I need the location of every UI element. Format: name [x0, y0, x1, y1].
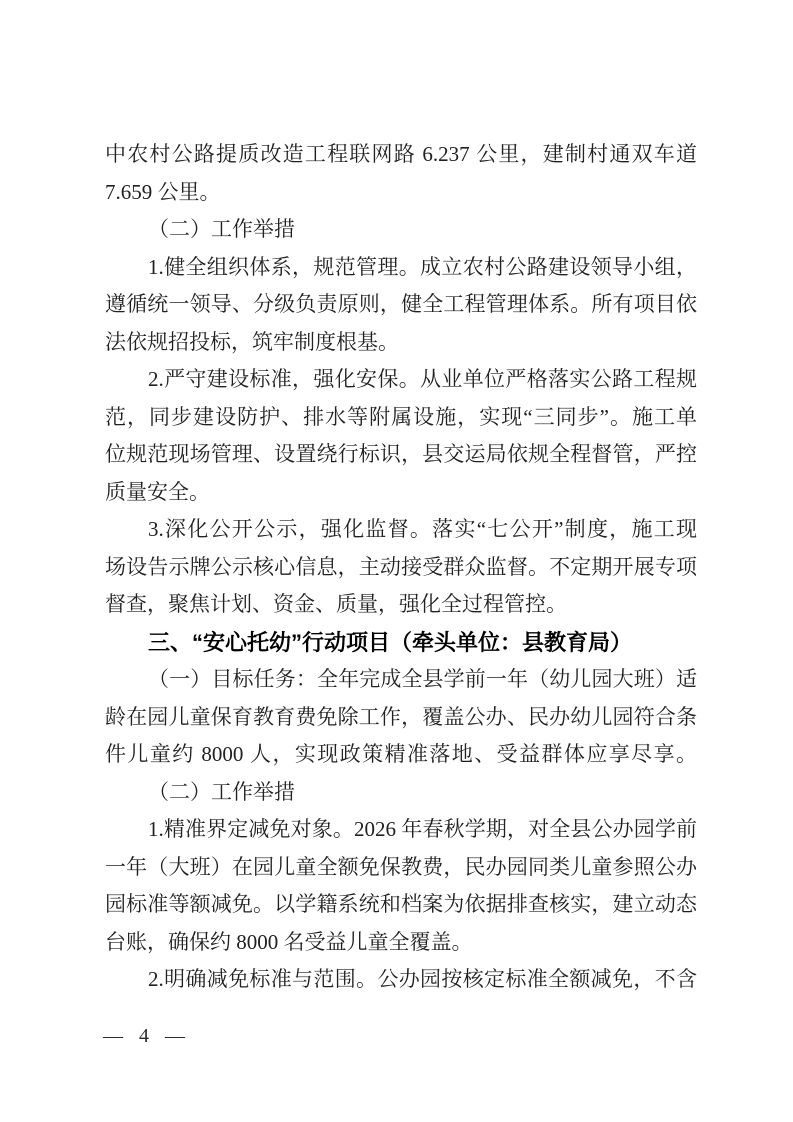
text-line: 3.深化公开公示，强化监督。落实“七公开”制度，施工现 — [105, 511, 697, 549]
text-line: 7.659 公里。 — [105, 174, 697, 212]
text-line: 1.健全组织体系，规范管理。成立农村公路建设领导小组， — [105, 249, 697, 287]
text-line: 范，同步建设防护、排水等附属设施，实现“三同步”。施工单 — [105, 399, 697, 437]
text-line: （二）工作举措 — [105, 774, 697, 812]
document-page: 中农村公路提质改造工程联网路 6.237 公里，建制村通双车道7.659 公里。… — [0, 0, 793, 1122]
text-line: 件儿童约 8000 人，实现政策精准落地、受益群体应享尽享。 — [105, 736, 697, 774]
text-line: 督查，聚焦计划、资金、质量，强化全过程管控。 — [105, 586, 697, 624]
text-line: 2.明确减免标准与范围。公办园按核定标准全额减免，不含 — [105, 961, 697, 999]
text-line: （一）目标任务：全年完成全县学前一年（幼儿园大班）适 — [105, 661, 697, 699]
text-line: 一年（大班）在园儿童全额免保教费，民办园同类儿童参照公办 — [105, 849, 697, 887]
document-body: 中农村公路提质改造工程联网路 6.237 公里，建制村通双车道7.659 公里。… — [105, 136, 697, 999]
text-line: 场设告示牌公示核心信息，主动接受群众监督。不定期开展专项 — [105, 549, 697, 587]
section-heading: 三、“安心托幼”行动项目（牵头单位：县教育局） — [105, 624, 697, 662]
text-line: 质量安全。 — [105, 474, 697, 512]
text-line: 龄在园儿童保育教育费免除工作，覆盖公办、民办幼儿园符合条 — [105, 699, 697, 737]
page-number: — 4 — — [103, 1022, 186, 1050]
text-line: 1.精准界定减免对象。2026 年春秋学期，对全县公办园学前 — [105, 811, 697, 849]
text-line: 遵循统一领导、分级负责原则，健全工程管理体系。所有项目依 — [105, 286, 697, 324]
text-line: （二）工作举措 — [105, 211, 697, 249]
text-line: 2.严守建设标准，强化安保。从业单位严格落实公路工程规 — [105, 361, 697, 399]
text-line: 台账，确保约 8000 名受益儿童全覆盖。 — [105, 924, 697, 962]
text-line: 中农村公路提质改造工程联网路 6.237 公里，建制村通双车道 — [105, 136, 697, 174]
text-line: 位规范现场管理、设置绕行标识，县交运局依规全程督管，严控 — [105, 436, 697, 474]
text-line: 园标准等额减免。以学籍系统和档案为依据排查核实，建立动态 — [105, 886, 697, 924]
text-line: 法依规招投标，筑牢制度根基。 — [105, 324, 697, 362]
